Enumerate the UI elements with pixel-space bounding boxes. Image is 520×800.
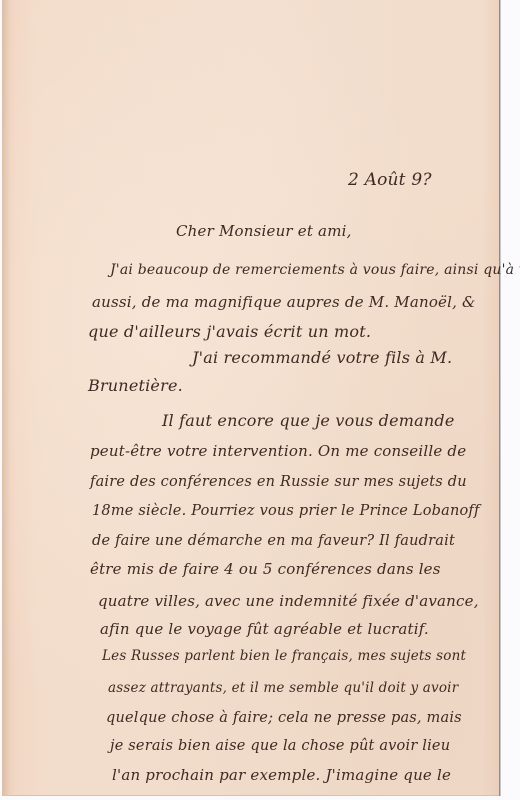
letter-line: Les Russes parlent bien le français, mes… <box>102 648 466 664</box>
letter-page <box>2 0 499 796</box>
letter-line: J'ai beaucoup de remerciements à vous fa… <box>110 262 520 278</box>
letter-line: Il faut encore que je vous demande <box>162 411 455 430</box>
letter-line: quatre villes, avec une indemnité fixée … <box>98 592 479 610</box>
letter-line: afin que le voyage fût agréable et lucra… <box>100 620 429 638</box>
letter-line: de faire une démarche en ma faveur? Il f… <box>92 533 455 549</box>
letter-line: que d'ailleurs j'avais écrit un mot. <box>88 322 371 341</box>
letter-date: 2 Août 9? <box>348 170 432 190</box>
letter-line: l'an prochain par exemple. J'imagine que… <box>112 766 451 784</box>
letter-line: Brunetière. <box>88 376 183 395</box>
letter-line: quelque chose à faire; cela ne presse pa… <box>106 710 462 726</box>
letter-line: J'ai recommandé votre fils à M. <box>192 348 452 367</box>
letter-scan: 2 Août 9? Cher Monsieur et ami, J'ai bea… <box>0 0 520 800</box>
letter-line: peut-être votre intervention. On me cons… <box>90 442 466 460</box>
letter-line: je serais bien aise que la chose pût avo… <box>110 738 450 754</box>
letter-line: assez attrayants, et il me semble qu'il … <box>108 680 458 696</box>
letter-salutation: Cher Monsieur et ami, <box>176 222 352 240</box>
letter-line: faire des conférences en Russie sur mes … <box>90 474 467 490</box>
letter-line: aussi, de ma magnifique aupres de M. Man… <box>92 293 476 311</box>
letter-line: être mis de faire 4 ou 5 conférences dan… <box>90 560 441 578</box>
letter-line: 18me siècle. Pourriez vous prier le Prin… <box>92 503 480 519</box>
